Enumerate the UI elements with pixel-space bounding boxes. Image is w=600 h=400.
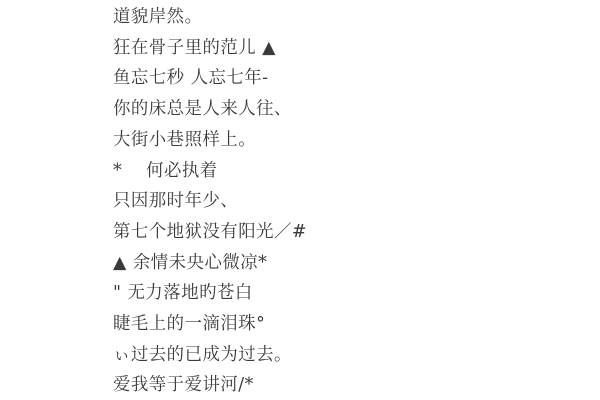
- text-page: 道貌岸然。 狂在骨子里的范儿 ▲ 鱼忘七秒 人忘七年- 你的床总是人来人往、 大…: [0, 0, 600, 400]
- text-line: " 无力落地旳苍白: [113, 278, 583, 309]
- text-line: 只因那时年少、: [113, 186, 583, 217]
- text-line: 你的床总是人来人往、: [113, 94, 583, 125]
- text-line: 狂在骨子里的范儿 ▲: [113, 33, 583, 64]
- text-line: 第七个地狱没有阳光／#: [113, 217, 583, 248]
- text-column: 道貌岸然。 狂在骨子里的范儿 ▲ 鱼忘七秒 人忘七年- 你的床总是人来人往、 大…: [113, 2, 583, 400]
- text-line: 大街小巷照样上。: [113, 125, 583, 156]
- text-line: ▲ 余情未央心微凉*: [113, 248, 583, 279]
- text-line: ぃ过去的已成为过去。: [113, 340, 583, 371]
- text-line: 鱼忘七秒 人忘七年-: [113, 63, 583, 94]
- text-line: * 何必执着: [113, 156, 583, 187]
- text-line: 道貌岸然。: [113, 2, 583, 33]
- text-line: 爱我等于爱讲河/*: [113, 370, 583, 400]
- text-line: 睫毛上的一滴泪珠°: [113, 309, 583, 340]
